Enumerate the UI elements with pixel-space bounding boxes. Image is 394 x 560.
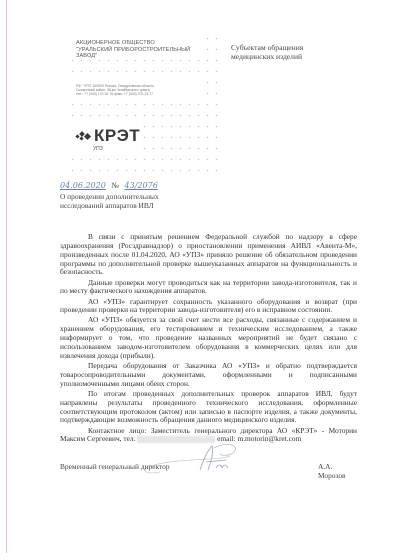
logo-subtitle: УПЗ xyxy=(93,146,103,152)
body-paragraph: В связи с принятым решением Федеральной … xyxy=(60,233,357,277)
reference-line: 04.06.2020 № 43/2076 xyxy=(60,181,158,190)
handwritten-date: 04.06.2020 xyxy=(60,181,106,190)
number-sign: № xyxy=(111,181,119,190)
body-paragraph: АО «УПЗ» обязуется за свой счет нести вс… xyxy=(60,316,357,360)
letter-body: В связи с принятым решением Федеральной … xyxy=(60,233,357,445)
body-paragraph: Данные проверки могут проводиться как на… xyxy=(60,279,357,297)
signer-title: Временный генеральный директор xyxy=(60,462,170,471)
company-name: АКЦИОНЕРНОЕ ОБЩЕСТВО "УРАЛЬСКИЙ ПРИБОРОС… xyxy=(76,40,196,60)
body-paragraph: Передача оборудования от Заказчика АО «У… xyxy=(60,362,357,389)
company-address: РФ, "УПЗ" 620000 Россия, Свердловская об… xyxy=(76,84,206,97)
recipient-block: Субъектам обращения медицинских изделий xyxy=(231,43,303,61)
logo-text: КРЭТ xyxy=(94,126,140,146)
body-paragraph: АО «УПЗ» гарантирует сохранность указанн… xyxy=(60,298,357,316)
kret-logo: КРЭТ xyxy=(76,126,140,146)
subject-line: исследований аппаратов ИВЛ xyxy=(60,202,159,211)
signer-name: А.А. Морозов xyxy=(318,462,360,480)
address-line: тел.: +7 (343) 170-20-76 факс: +7 (343) … xyxy=(76,92,206,96)
subject-block: О проведении дополнительных исследований… xyxy=(60,193,159,211)
signature-icon xyxy=(130,440,270,480)
company-line: ЗАВОД" xyxy=(76,53,196,60)
body-paragraph: По итогам проведенных дополнительных про… xyxy=(60,390,357,425)
margin-line xyxy=(6,0,7,553)
logo-diamonds-icon xyxy=(76,131,92,141)
recipient-line: Субъектам обращения xyxy=(231,43,303,52)
handwritten-number: 43/2076 xyxy=(125,181,158,190)
recipient-line: медицинских изделий xyxy=(231,52,303,61)
company-line: АКЦИОНЕРНОЕ ОБЩЕСТВО xyxy=(76,40,196,47)
company-line: "УРАЛЬСКИЙ ПРИБОРОСТРОИТЕЛЬНЫЙ xyxy=(76,47,196,54)
